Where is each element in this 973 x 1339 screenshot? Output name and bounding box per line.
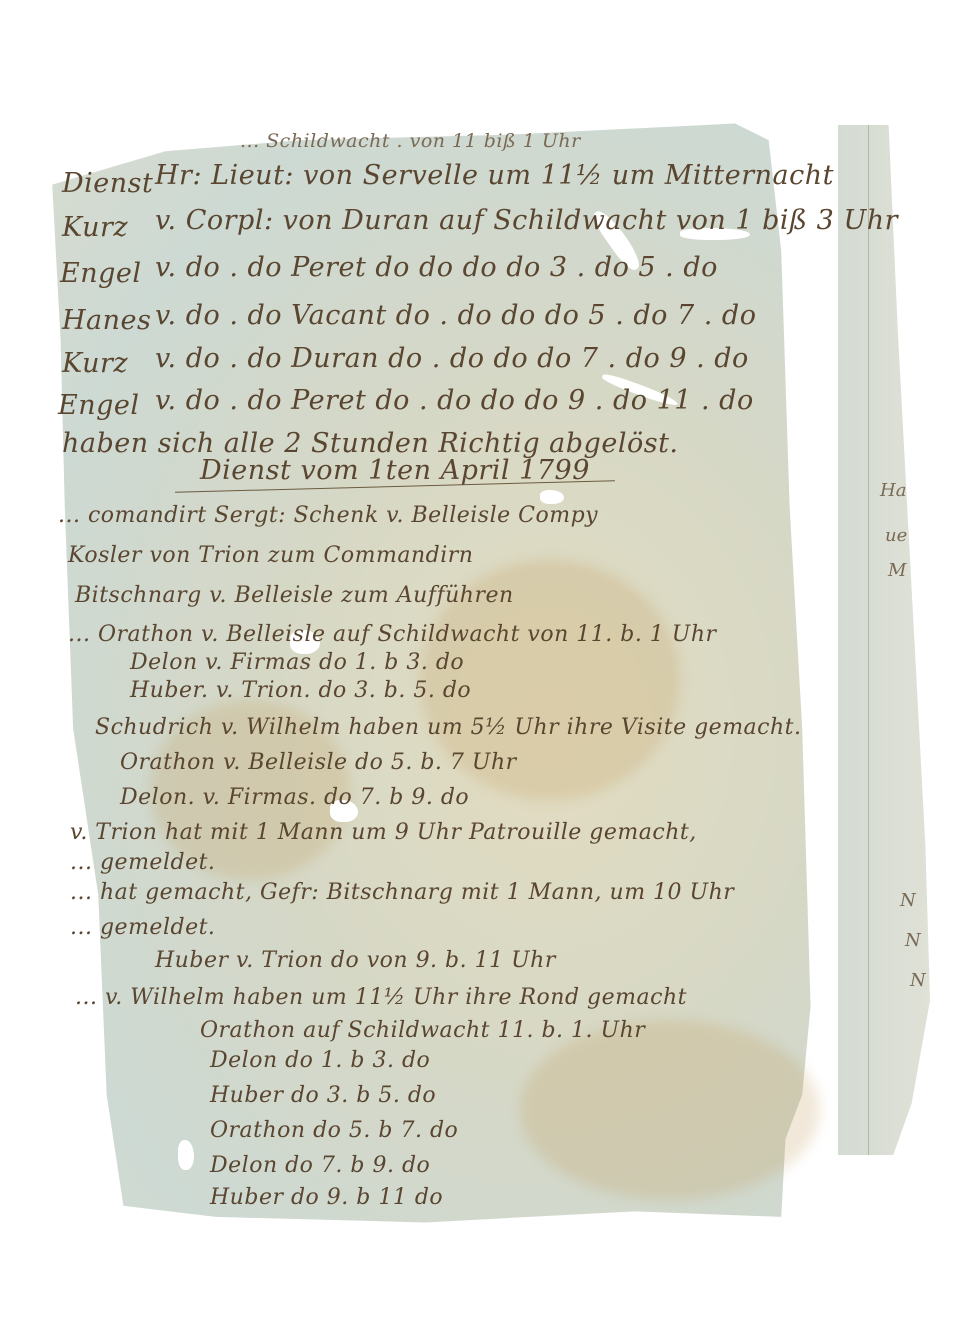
text-line: ... hat gemacht, Gefr: Bitschnarg mit 1 … — [70, 880, 734, 905]
text-line: Delon do 1. b 3. do — [210, 1048, 430, 1073]
paper-hole — [178, 1140, 194, 1170]
date-heading: Dienst vom 1ten April 1799 — [200, 455, 590, 486]
margin-fragment: Ha — [880, 480, 906, 501]
entry-text: v. Corpl: von Duran auf Schildwacht von … — [155, 205, 898, 236]
entry-rank: Dienst — [62, 168, 153, 199]
text-line: ... Orathon v. Belleisle auf Schildwacht… — [68, 622, 717, 647]
text-line: ... v. Wilhelm haben um 11½ Uhr ihre Ron… — [75, 985, 687, 1010]
text-line: ... gemeldet. — [70, 850, 215, 875]
text-line: Huber v. Trion do von 9. b. 11 Uhr — [155, 948, 556, 973]
text-line: Orathon do 5. b 7. do — [210, 1118, 458, 1143]
margin-fragment: N — [910, 970, 926, 991]
margin-fragment: M — [888, 560, 906, 581]
entry-rank: Kurz — [62, 212, 128, 243]
entry-rank: Engel — [58, 390, 140, 421]
text-line: ... comandirt Sergt: Schenk v. Belleisle… — [58, 503, 598, 528]
entry-rank: Hanes — [62, 305, 151, 336]
entry-text: v. do . do Peret do . do do do 9 . do 11… — [155, 385, 754, 416]
folded-margin-strip — [838, 125, 930, 1155]
margin-fragment: N — [905, 930, 921, 951]
text-line: ... gemeldet. — [70, 915, 215, 940]
text-line: Orathon v. Belleisle do 5. b. 7 Uhr — [120, 750, 517, 775]
text-line: Delon do 7. b 9. do — [210, 1153, 430, 1178]
text-line: ... Schildwacht . von 11 biß 1 Uhr — [240, 130, 581, 152]
fold-line — [868, 125, 869, 1155]
text-line: Orathon auf Schildwacht 11. b. 1. Uhr — [200, 1018, 645, 1043]
entry-text: Hr: Lieut: von Servelle um 11½ um Mitter… — [155, 160, 834, 191]
text-line: Schudrich v. Wilhelm haben um 5½ Uhr ihr… — [95, 715, 802, 740]
margin-fragment: N — [900, 890, 916, 911]
paper-hole — [540, 490, 564, 504]
entry-text: v. do . do Vacant do . do do do 5 . do 7… — [155, 300, 756, 331]
text-line: Kosler von Trion zum Commandirn — [68, 543, 473, 568]
text-line: Huber do 9. b 11 do — [210, 1185, 443, 1210]
text-line: Huber do 3. b 5. do — [210, 1083, 436, 1108]
text-line: Delon. v. Firmas. do 7. b 9. do — [120, 785, 469, 810]
entry-text: v. do . do Peret do do do do 3 . do 5 . … — [155, 252, 718, 283]
margin-fragment: ue — [885, 525, 907, 546]
text-line: Huber. v. Trion. do 3. b. 5. do — [130, 678, 471, 703]
entry-rank: Engel — [60, 258, 142, 289]
entry-rank: Kurz — [62, 348, 128, 379]
text-line: Delon v. Firmas do 1. b 3. do — [130, 650, 464, 675]
text-line: Bitschnarg v. Belleisle zum Aufführen — [75, 583, 514, 608]
foxing-stain — [520, 1020, 820, 1200]
text-line: v. Trion hat mit 1 Mann um 9 Uhr Patroui… — [70, 820, 697, 845]
entry-text: v. do . do Duran do . do do do 7 . do 9 … — [155, 343, 749, 374]
